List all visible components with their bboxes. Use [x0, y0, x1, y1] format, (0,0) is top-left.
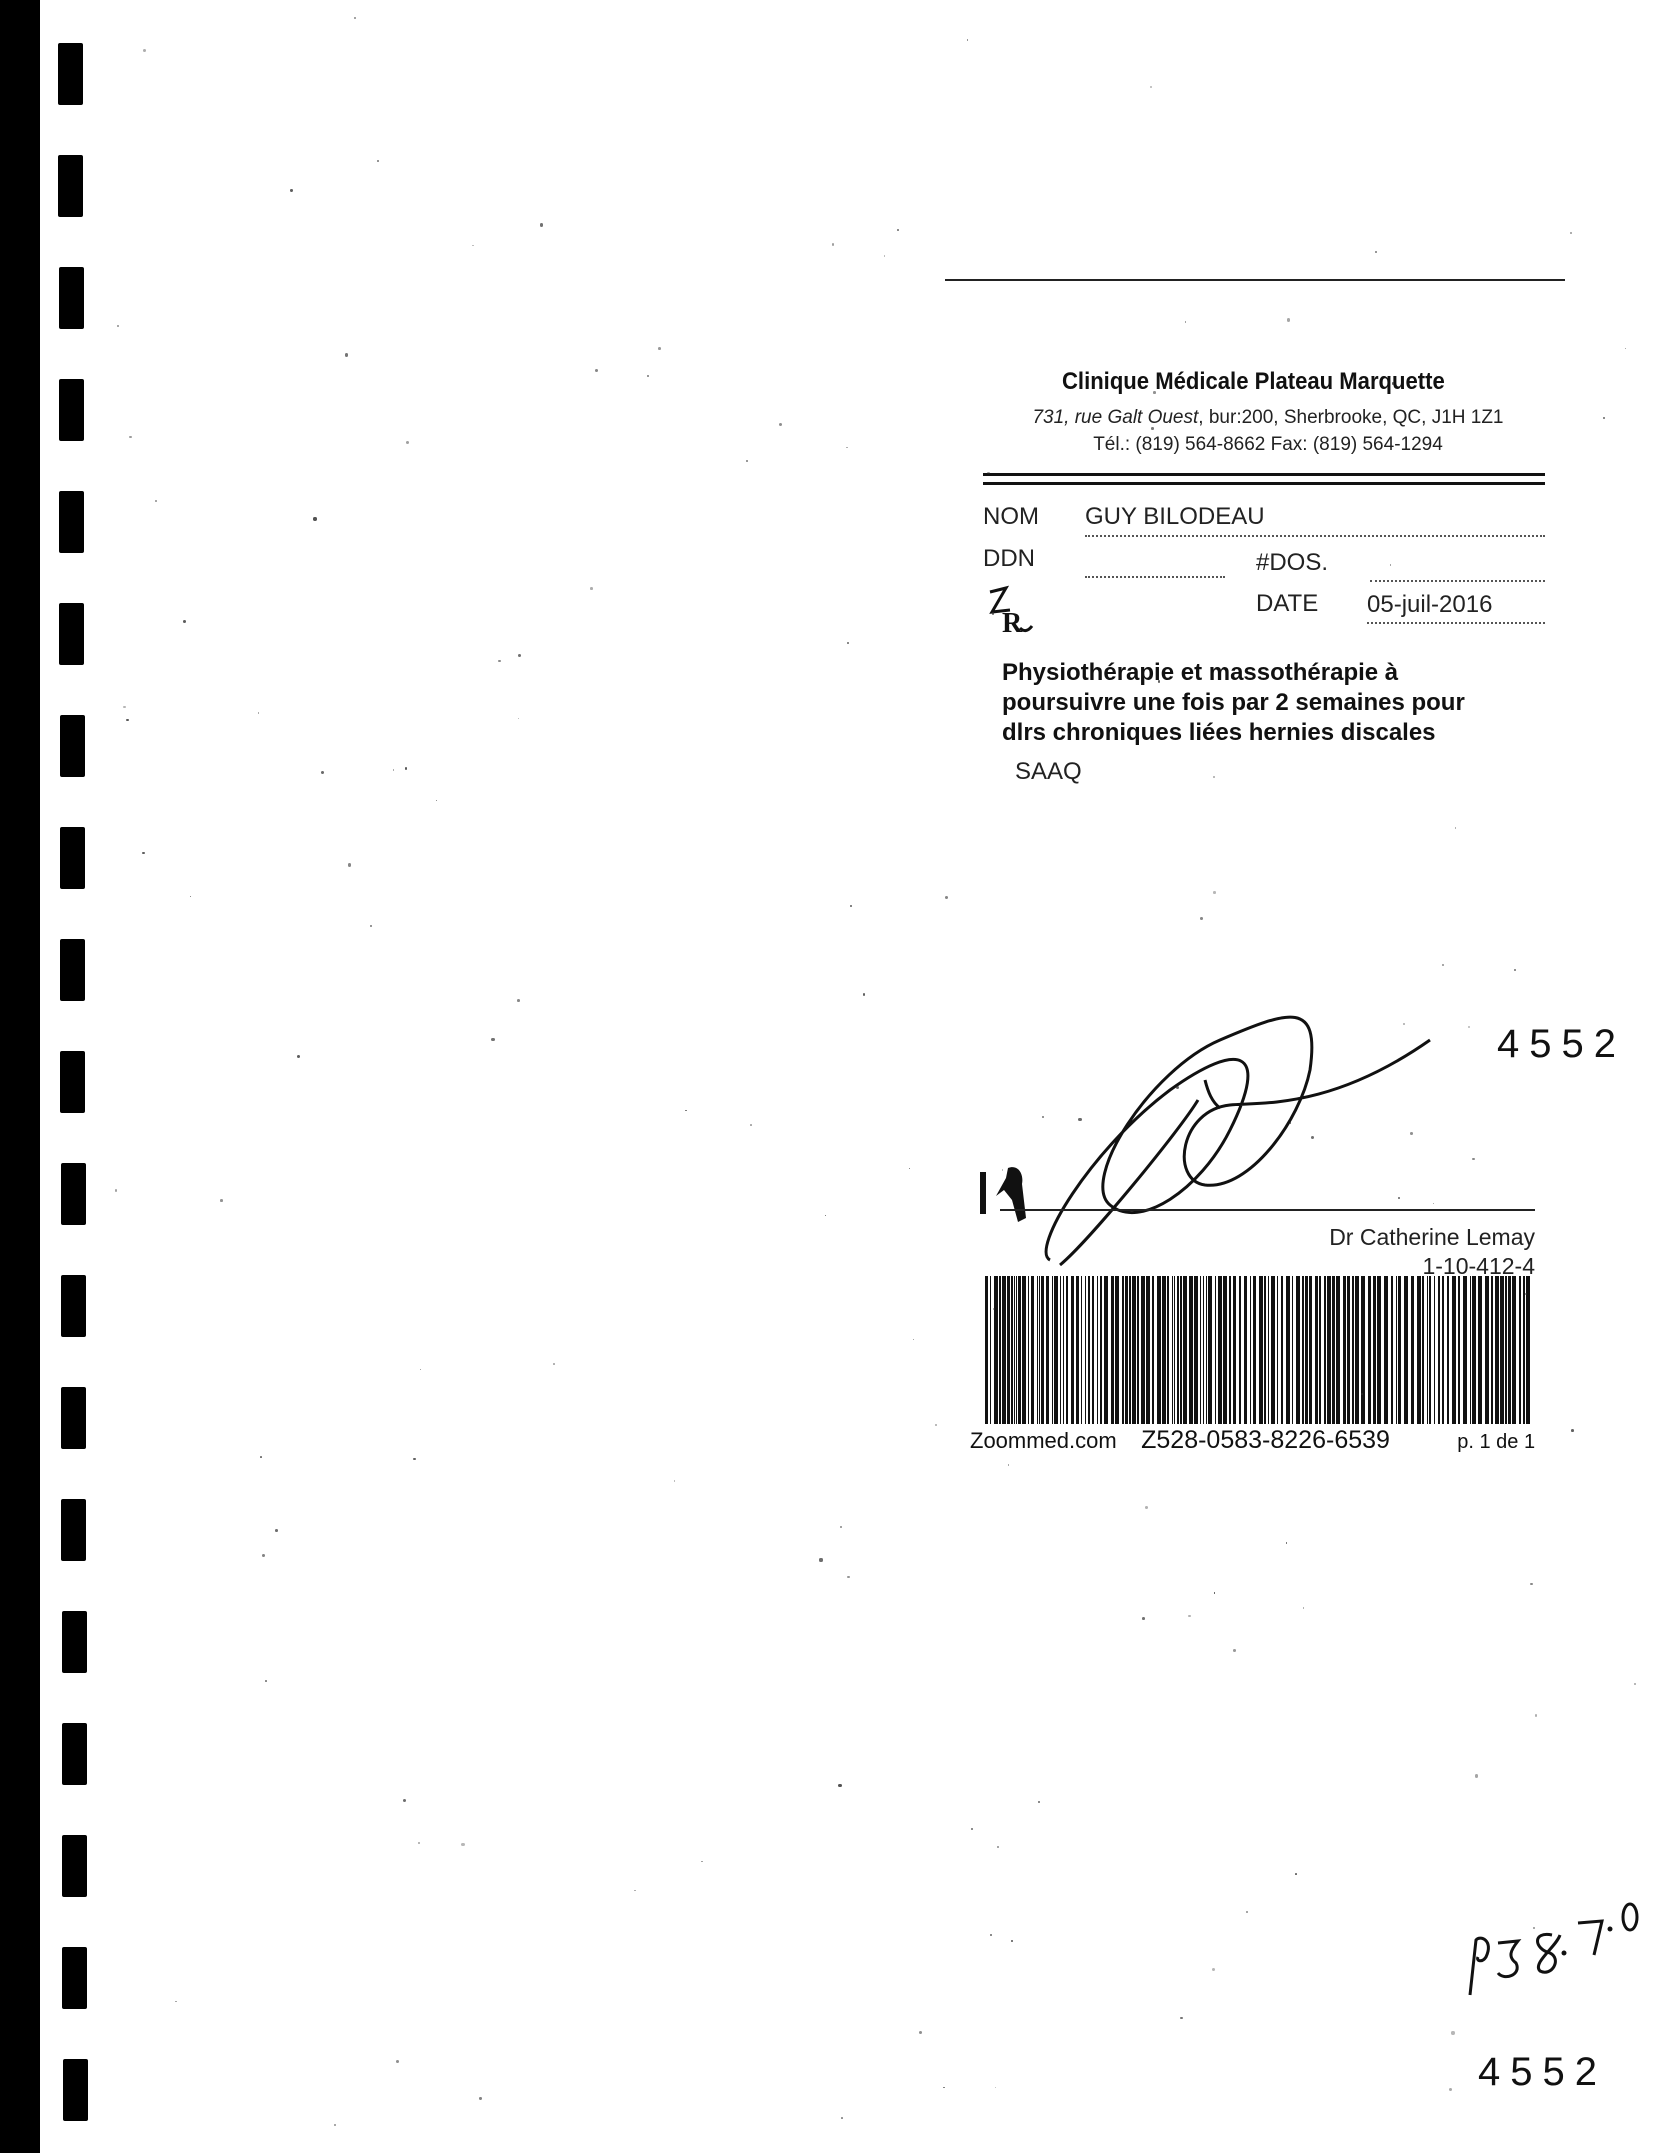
header-rule-1	[983, 473, 1545, 476]
punch-hole	[61, 1387, 86, 1449]
prescription-line: poursuivre une fois par 2 semaines pour	[1002, 688, 1562, 718]
barcode-site: Zoommed.com	[970, 1428, 1135, 1454]
punch-hole	[59, 603, 84, 665]
date-dotted-line	[1367, 622, 1545, 624]
date-label: DATE	[1256, 590, 1318, 618]
nom-value: GUY BILODEAU	[1085, 503, 1265, 531]
punch-hole	[61, 1163, 86, 1225]
nom-label: NOM	[983, 503, 1039, 531]
stamp-number-top: 4552	[1497, 1022, 1626, 1067]
ddn-label: DDN	[983, 545, 1035, 573]
signature-line	[1000, 1209, 1535, 1211]
clinic-phone: Tél.: (819) 564-8662 Fax: (819) 564-1294	[988, 434, 1548, 456]
date-value: 05-juil-2016	[1367, 591, 1492, 619]
binding-strip	[0, 0, 40, 2153]
barcode-footer: Zoommed.com Z528-0583-8226-6539 p. 1 de …	[970, 1426, 1540, 1455]
barcode	[985, 1276, 1530, 1424]
header-rule-2	[983, 482, 1545, 485]
punch-hole	[58, 43, 83, 105]
clinic-name: Clinique Médicale Plateau Marquette	[1005, 368, 1502, 396]
punch-hole	[62, 1723, 87, 1785]
top-rule	[945, 279, 1565, 281]
prescription-line: dlrs chroniques liées hernies discales	[1002, 718, 1562, 748]
punch-hole	[59, 491, 84, 553]
barcode-page: p. 1 de 1	[1457, 1431, 1535, 1454]
punch-hole	[58, 155, 83, 217]
stamp-number-bottom: 4552	[1478, 2050, 1607, 2095]
punch-hole	[62, 1835, 87, 1897]
ddn-dotted-line	[1085, 576, 1225, 578]
prescription-note: SAAQ	[1015, 758, 1082, 786]
prescription-line: Physiothérapie et massothérapie à	[1002, 658, 1562, 688]
clinic-address-street: 731, rue Galt Ouest	[1032, 407, 1198, 428]
punch-hole	[62, 1611, 87, 1673]
dos-label: #DOS.	[1256, 549, 1328, 577]
punch-hole	[59, 267, 84, 329]
punch-hole	[61, 1499, 86, 1561]
clinic-address: 731, rue Galt Ouest, bur:200, Sherbrooke…	[988, 407, 1548, 429]
clinic-address-rest: , bur:200, Sherbrooke, QC, J1H 1Z1	[1198, 407, 1503, 428]
svg-text:R: R	[1002, 608, 1023, 639]
punch-hole	[60, 939, 85, 1001]
handwritten-note: PJ 8.7.0	[1460, 1895, 1653, 2005]
punch-hole	[60, 827, 85, 889]
barcode-code: Z528-0583-8226-6539	[1141, 1426, 1451, 1455]
punch-hole	[61, 1275, 86, 1337]
prescription-text: Physiothérapie et massothérapie à poursu…	[1002, 658, 1562, 748]
doctor-name: Dr Catherine Lemay	[1329, 1224, 1535, 1251]
nom-dotted-line	[1085, 535, 1545, 537]
punch-hole	[60, 715, 85, 777]
punch-hole	[63, 2059, 88, 2121]
punch-hole	[62, 1947, 87, 2009]
punch-hole	[59, 379, 84, 441]
punch-hole	[60, 1051, 85, 1113]
esign-bird-logo-icon	[978, 1160, 1040, 1230]
dos-dotted-line	[1370, 580, 1545, 582]
